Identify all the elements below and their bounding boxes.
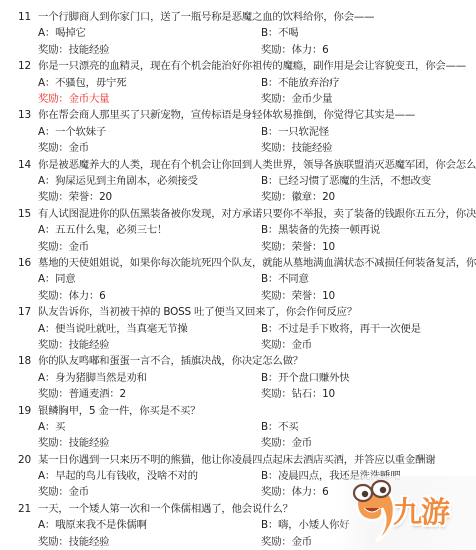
question-block: 16 墓地的天使姐姐说，如果你每次能坑死四个队友，就能从墓地满血满状态不减损任何… [0, 255, 476, 304]
question-text: 银鳞胸甲，5 金一件，你买是不买？ [38, 403, 200, 419]
reward-a: 奖励：金币大量 [38, 91, 109, 107]
option-a: A：身为猪脚当然是劝和 [38, 370, 147, 386]
question-number: 11 [18, 9, 31, 25]
reward-b: 奖励：荣誉：10 [261, 239, 335, 255]
question-text: 你是被恶魔养大的人类，现在有个机会让你回到人类世界，领导各族联盟消灭恶魔军团，你… [38, 157, 476, 173]
reward-a: 奖励：技能经验 [38, 337, 109, 353]
question-text: 你在帮会商人那里买了只新宠物，宣传标语是身轻体软易推倒，你觉得它其实是—— [38, 107, 415, 123]
option-b: B：已经习惯了恶魔的生活，不想改变 [261, 173, 431, 189]
option-a: A：买 [38, 419, 65, 435]
question-number: 20 [18, 452, 31, 468]
option-b: B：一只软泥怪 [261, 124, 329, 140]
watermark: 九游 [335, 476, 476, 550]
question-number: 18 [18, 353, 31, 369]
reward-b: 奖励：体力：6 [261, 484, 329, 500]
question-number: 14 [18, 157, 31, 173]
reward-b: 奖励：金币 [261, 534, 312, 550]
question-number: 17 [18, 304, 31, 320]
question-number: 13 [18, 107, 31, 123]
reward-b: 奖励：技能经验 [261, 140, 332, 156]
question-text: 某一日你遇到一只来历不明的熊猫，他让你凌晨四点起床去酒店买酒，并答应以重金酬谢 [38, 452, 435, 468]
option-b: B：不同意 [261, 271, 309, 287]
reward-a: 奖励：技能经验 [38, 435, 109, 451]
question-text: 有人试图混进你的队伍黑装备被你发现，对方承诺只要你不举报，卖了装备的钱跟你五五分… [38, 206, 476, 222]
watermark-logo-text: 九游 [393, 490, 449, 531]
option-b: B：不能放弃治疗 [261, 75, 339, 91]
option-b: B：不买 [261, 419, 299, 435]
question-number: 12 [18, 58, 31, 74]
option-a: A：同意 [38, 271, 75, 287]
option-a: A：狗屎运见到主角剧本，必须接受 [38, 173, 198, 189]
question-block: 15 有人试图混进你的队伍黑装备被你发现，对方承诺只要你不举报，卖了装备的钱跟你… [0, 206, 476, 255]
quiz-document: 11 一个行脚商人到你家门口，送了一瓶号称是恶魔之血的饮料给你，你会—— A：喝… [0, 9, 476, 550]
question-block: 18 你的队友鸣嘟和蛋蛋一言不合，插旗决战，你决定怎么做？ A：身为猪脚当然是劝… [0, 353, 476, 402]
question-block: 17 队友告诉你，当初被干掉的 BOSS 吐了便当又回来了，你会作何反应？ A：… [0, 304, 476, 353]
reward-a: 奖励：荣誉：20 [38, 189, 112, 205]
reward-b: 奖励：荣誉：10 [261, 288, 335, 304]
option-b: B：不喝 [261, 25, 299, 41]
reward-b: 奖励：钻石：10 [261, 386, 335, 402]
option-a: A：一个软妹子 [38, 124, 106, 140]
reward-a: 奖励：技能经验 [38, 42, 109, 58]
question-text: 一天，一个矮人第一次和一个侏儒相遇了，他会说什么？ [38, 501, 293, 517]
question-text: 队友告诉你，当初被干掉的 BOSS 吐了便当又回来了，你会作何反应？ [38, 304, 357, 320]
option-a: A：不骚包，毋宁死 [38, 75, 126, 91]
question-block: 13 你在帮会商人那里买了只新宠物，宣传标语是身轻体软易推倒，你觉得它其实是——… [0, 107, 476, 156]
option-b: B：不过是手下败将，再干一次便是 [261, 321, 421, 337]
reward-a: 奖励：金币 [38, 140, 89, 156]
reward-a: 奖励：普通麦酒：2 [38, 386, 126, 402]
question-text: 一个行脚商人到你家门口，送了一瓶号称是恶魔之血的饮料给你，你会—— [38, 9, 374, 25]
option-a: A：五五什么鬼，必须三七！ [38, 222, 167, 238]
question-number: 16 [18, 255, 31, 271]
question-block: 12 你是一只漂亮的血精灵，现在有个机会能治好你祖传的魔瘾，副作用是会让容貌变丑… [0, 58, 476, 107]
reward-b: 奖励：金币 [261, 337, 312, 353]
question-block: 19 银鳞胸甲，5 金一件，你买是不买？ A：买 B：不买 奖励：技能经验 奖励… [0, 403, 476, 452]
question-block: 14 你是被恶魔养大的人类，现在有个机会让你回到人类世界，领导各族联盟消灭恶魔军… [0, 157, 476, 206]
question-number: 15 [18, 206, 31, 222]
option-b: B：开个盘口赚外快 [261, 370, 349, 386]
question-text: 你的队友鸣嘟和蛋蛋一言不合，插旗决战，你决定怎么做？ [38, 353, 303, 369]
question-text: 墓地的天使姐姐说，如果你每次能坑死四个队友，就能从墓地满血满状态不减损任何装备复… [38, 255, 476, 271]
reward-b: 奖励：体力：6 [261, 42, 329, 58]
option-a: A：便当说吐就吐，当真毫无节操 [38, 321, 188, 337]
question-number: 19 [18, 403, 31, 419]
reward-a: 奖励：金币 [38, 484, 89, 500]
option-a: A：喝掉它 [38, 25, 86, 41]
question-text: 你是一只漂亮的血精灵，现在有个机会能治好你祖传的魔瘾，副作用是会让容貌变丑，你会… [38, 58, 466, 74]
reward-b: 奖励：金币 [261, 435, 312, 451]
option-a: A：早起的鸟儿有钱收，没啥不对的 [38, 468, 198, 484]
nine-mascot-icon [350, 478, 398, 544]
question-block: 11 一个行脚商人到你家门口，送了一瓶号称是恶魔之血的饮料给你，你会—— A：喝… [0, 9, 476, 58]
option-a: A：哦原来我不是侏儒啊 [38, 517, 147, 533]
option-b: B：黑装备的先揍一顿再说 [261, 222, 380, 238]
reward-b: 奖励：徽章：20 [261, 189, 335, 205]
reward-a: 奖励：技能经验 [38, 534, 109, 550]
reward-a: 奖励：体力：6 [38, 288, 106, 304]
reward-a: 奖励：金币 [38, 239, 89, 255]
reward-b: 奖励：金币少量 [261, 91, 332, 107]
question-number: 21 [18, 501, 31, 517]
